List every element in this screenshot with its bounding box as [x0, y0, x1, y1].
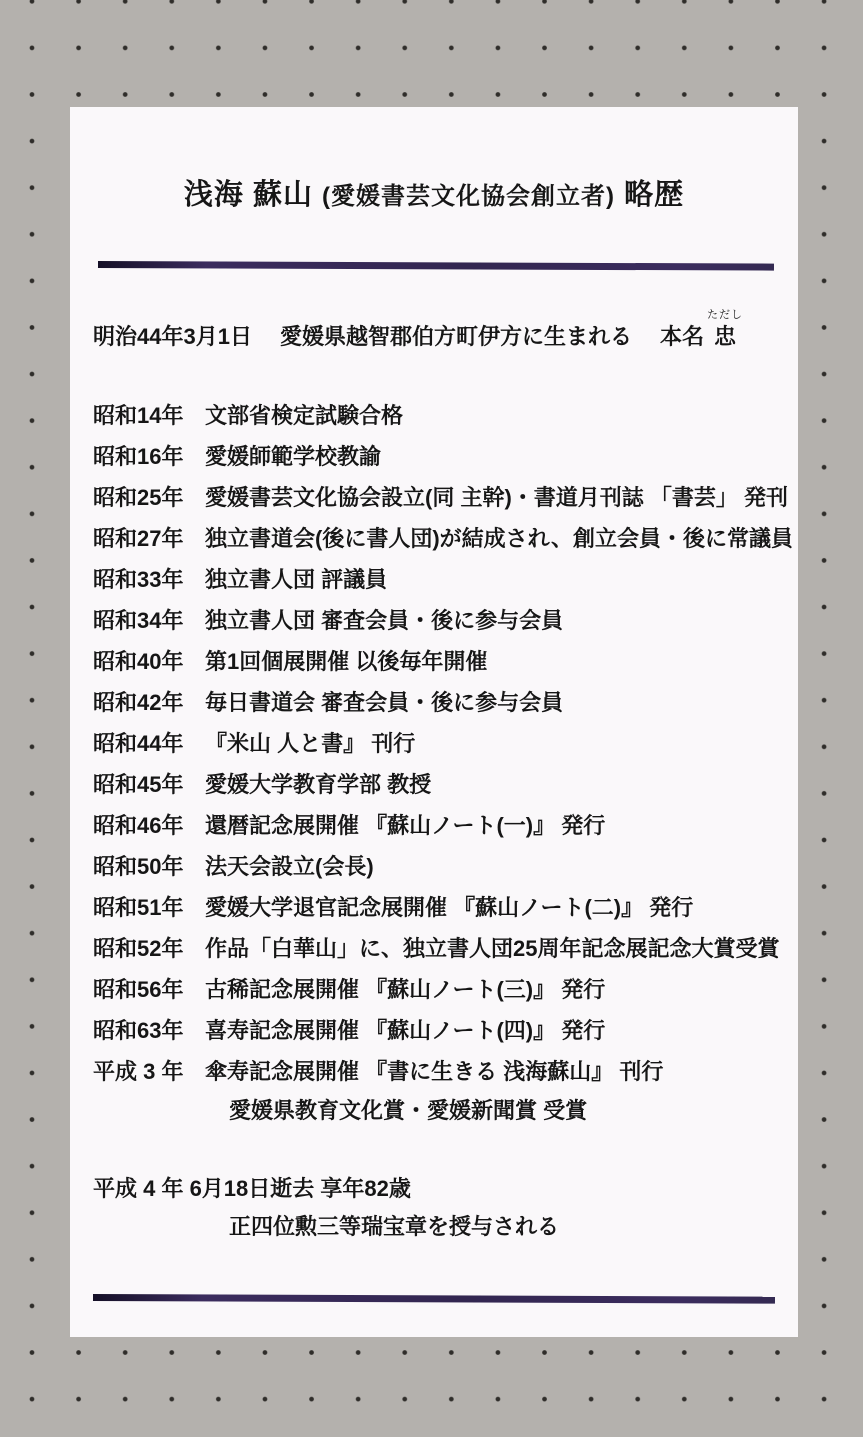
entry-text: 毎日書道会 審査会員・後に参与会員: [205, 686, 563, 717]
entry-year: 昭和25年: [93, 481, 205, 512]
entry-text: 古稀記念展開催 『蘇山ノート(三)』 発行: [205, 973, 605, 1004]
birth-date: 明治44年3月1日: [93, 320, 252, 351]
birth-name: 忠: [714, 324, 736, 349]
timeline-entry: 昭和25年愛媛書芸文化協会設立(同 主幹)・書道月刊誌 「書芸」 発刊: [70, 476, 798, 517]
entry-text: 還暦記念展開催 『蘇山ノート(一)』 発行: [205, 809, 605, 840]
top-rule: [98, 261, 774, 271]
timeline-entry: 昭和34年独立書人団 審査会員・後に参与会員: [70, 599, 798, 640]
timeline-entry: 昭和42年毎日書道会 審査会員・後に参与会員: [70, 681, 798, 722]
document-page: 浅海 蘇山 (愛媛書芸文化協会創立者) 略歴 明治44年3月1日愛媛県越智郡伯方…: [70, 107, 798, 1337]
timeline-entry: 昭和63年喜寿記念展開催 『蘇山ノート(四)』 発行: [70, 1009, 798, 1050]
timeline-entry: 昭和44年『米山 人と書』 刊行: [70, 722, 798, 763]
timeline-entry: 昭和16年愛媛師範学校教諭: [70, 435, 798, 476]
timeline-entry: 昭和52年作品「白華山」に、独立書人団25周年記念展記念大賞受賞: [70, 927, 798, 968]
entry-text: 文部省検定試験合格: [205, 399, 403, 430]
entry-year: 昭和27年: [93, 522, 205, 553]
entry-year: 昭和16年: [93, 440, 205, 471]
entry-year: 昭和14年: [93, 399, 205, 430]
entry-text: 愛媛大学退官記念展開催 『蘇山ノート(二)』 発行: [205, 891, 693, 922]
timeline-entry: 昭和56年古稀記念展開催 『蘇山ノート(三)』 発行: [70, 968, 798, 1009]
entry-year: 昭和52年: [93, 932, 205, 963]
entry-year: 昭和44年: [93, 727, 205, 758]
death-honor-line: 正四位勲三等瑞宝章を授与される: [70, 1207, 798, 1243]
timeline-entry: 昭和27年独立書道会(後に書人団)が結成され、創立会員・後に常議員: [70, 517, 798, 558]
title-name: 浅海 蘇山: [184, 179, 313, 211]
entry-text: 作品「白華山」に、独立書人団25周年記念展記念大賞受賞: [205, 932, 779, 963]
timeline-entry: 平成 3 年傘寿記念展開催 『書に生きる 浅海蘇山』 刊行: [70, 1050, 798, 1091]
entry-text: 法天会設立(会長): [205, 850, 374, 881]
death-block: 平成 4 年 6月18日逝去 享年82歳 正四位勲三等瑞宝章を授与される: [70, 1167, 798, 1243]
entry-text: 独立書人団 審査会員・後に参与会員: [205, 604, 563, 635]
timeline-entry: 昭和14年文部省検定試験合格: [70, 394, 798, 435]
entry-text: 喜寿記念展開催 『蘇山ノート(四)』 発行: [205, 1014, 605, 1045]
title-suffix: 略歴: [624, 179, 684, 211]
timeline-entry: 昭和45年愛媛大学教育学部 教授: [70, 763, 798, 804]
entry-year: 昭和46年: [93, 809, 205, 840]
entry-year: 昭和50年: [93, 850, 205, 881]
timeline-entry: 昭和51年愛媛大学退官記念展開催 『蘇山ノート(二)』 発行: [70, 886, 798, 927]
timeline-entry: 昭和46年還暦記念展開催 『蘇山ノート(一)』 発行: [70, 804, 798, 845]
birth-place: 愛媛県越智郡伯方町伊方に生まれる: [280, 320, 632, 351]
birth-line: 明治44年3月1日愛媛県越智郡伯方町伊方に生まれる本名ただし忠: [93, 320, 798, 351]
entry-text: 『米山 人と書』 刊行: [205, 727, 415, 758]
timeline-entry: 昭和40年第1回個展開催 以後毎年開催: [70, 640, 798, 681]
entry-text: 独立書道会(後に書人団)が結成され、創立会員・後に常議員: [205, 522, 793, 553]
title-paren: (愛媛書芸文化協会創立者): [322, 183, 615, 210]
entry-year: 昭和56年: [93, 973, 205, 1004]
entry-text: 第1回個展開催 以後毎年開催: [205, 645, 487, 676]
timeline-entry: 昭和50年法天会設立(会長): [70, 845, 798, 886]
entry-text: 愛媛大学教育学部 教授: [205, 768, 431, 799]
scanned-page-background: 浅海 蘇山 (愛媛書芸文化協会創立者) 略歴 明治44年3月1日愛媛県越智郡伯方…: [0, 0, 863, 1437]
birth-name-furigana: ただし: [707, 306, 743, 322]
entry-year: 昭和51年: [93, 891, 205, 922]
entry-text: 愛媛書芸文化協会設立(同 主幹)・書道月刊誌 「書芸」 発刊: [205, 481, 788, 512]
entry-year: 昭和34年: [93, 604, 205, 635]
birth-name-label: 本名: [660, 320, 704, 351]
birth-name-wrap: ただし忠: [714, 320, 736, 351]
entry-year: 昭和42年: [93, 686, 205, 717]
entry-year: 昭和40年: [93, 645, 205, 676]
timeline-entry-continuation: 愛媛県教育文化賞・愛媛新聞賞 受賞: [70, 1091, 798, 1127]
page-title: 浅海 蘇山 (愛媛書芸文化協会創立者) 略歴: [70, 107, 798, 215]
entry-text: 愛媛師範学校教諭: [205, 440, 381, 471]
entry-year: 昭和63年: [93, 1014, 205, 1045]
timeline-entry: 昭和33年独立書人団 評議員: [70, 558, 798, 599]
entry-year: 平成 3 年: [93, 1055, 205, 1086]
bottom-rule: [93, 1294, 775, 1304]
entry-text: 傘寿記念展開催 『書に生きる 浅海蘇山』 刊行: [205, 1055, 663, 1086]
timeline: 昭和14年文部省検定試験合格昭和16年愛媛師範学校教諭昭和25年愛媛書芸文化協会…: [70, 394, 798, 1127]
death-line: 平成 4 年 6月18日逝去 享年82歳: [70, 1167, 798, 1207]
entry-text: 独立書人団 評議員: [205, 563, 387, 594]
entry-year: 昭和45年: [93, 768, 205, 799]
entry-year: 昭和33年: [93, 563, 205, 594]
